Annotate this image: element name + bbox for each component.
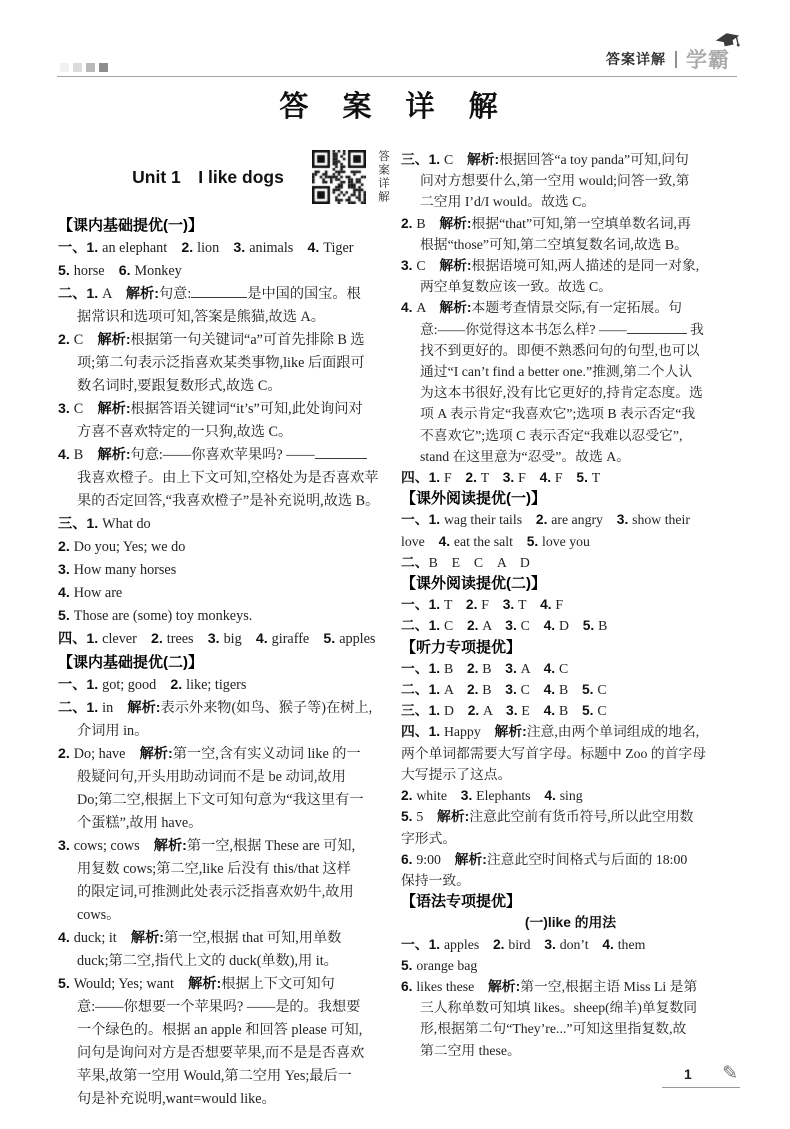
text-segment: 9:00 — [416, 852, 454, 867]
text-segment: 3. — [233, 240, 249, 256]
text-segment: 大写提示了这点。 — [401, 767, 511, 782]
answer-line: 个蛋糕”,故用 have。 — [58, 812, 394, 835]
text-segment: giraffe — [272, 631, 324, 647]
text-segment: 解析: — [131, 930, 164, 946]
answer-line: 两空单复数应该一致。故选 C。 — [401, 276, 740, 297]
text-segment: 第一空,含有实义动词 like 的一 — [173, 746, 361, 762]
section-header: 【课外阅读提优(一)】 — [401, 488, 740, 509]
text-segment: 5. — [401, 809, 416, 824]
text-segment: 解析: — [488, 979, 520, 994]
text-segment: F — [555, 470, 576, 485]
text-segment: 1. — [429, 618, 444, 633]
text-segment: C — [559, 661, 568, 676]
answer-line: 一、1. T 2. F 3. T 4. F — [401, 594, 740, 615]
text-segment: 一、 — [401, 661, 429, 676]
text-segment: 三、 — [401, 703, 429, 718]
answer-line: 3. C 解析:根据语境可知,两人描述的是同一对象, — [401, 255, 740, 276]
text-segment: trees — [167, 631, 208, 647]
page-number: 1 — [684, 1066, 692, 1082]
text-segment: 3. — [58, 401, 74, 417]
text-segment: T — [444, 597, 466, 612]
answer-line: 第二空用 these。 — [401, 1040, 740, 1061]
text-segment: 第二空用 these。 — [420, 1043, 521, 1058]
answer-line: 两个单词都需要大写首字母。标题中 Zoo 的首字母 — [401, 743, 740, 764]
text-segment: 一、 — [401, 937, 429, 952]
answer-line: 意:——你想要一个苹果吗? ——是的。我想要 — [58, 996, 394, 1019]
answer-line: love 4. eat the salt 5. love you — [401, 531, 740, 552]
text-segment: 4. — [401, 300, 416, 315]
density-square — [99, 63, 108, 72]
text-segment: 5. — [58, 608, 74, 624]
text-segment: 字形式。 — [401, 831, 456, 846]
text-segment: apples — [339, 631, 375, 647]
text-segment: C — [597, 682, 606, 697]
density-square — [60, 63, 69, 72]
qr-caption: 答案详解 — [371, 150, 394, 204]
text-segment: 【课内基础提优(一)】 — [58, 217, 203, 234]
text-segment: clever — [102, 631, 151, 647]
text-segment: 5 — [416, 809, 437, 824]
answer-line: 5. 5 解析:注意此空前有货币符号,所以此空用数 — [401, 806, 740, 827]
density-square — [73, 63, 82, 72]
text-segment: them — [618, 937, 646, 952]
text-segment: 两空单复数应该一致。故选 C。 — [420, 279, 612, 294]
text-segment: 一、 — [58, 240, 86, 256]
section-header: 【听力专项提优】 — [401, 637, 740, 658]
text-segment: 三人称单数可知填 likes。sheep(绵羊)单复数同 — [420, 1000, 697, 1015]
text-segment: 根据回答“a toy panda”可知,问句 — [499, 152, 689, 167]
answer-line: 不喜欢它”;选项 C 表示否定“我难以忍受它”, — [401, 425, 740, 446]
text-segment: 4. — [544, 682, 559, 697]
text-segment: 3. — [544, 937, 559, 952]
text-segment: 2. — [465, 470, 480, 485]
text-segment: 4. — [58, 447, 74, 463]
text-segment: 2. — [536, 512, 551, 527]
text-segment: 4. — [439, 534, 454, 549]
text-segment: 1. — [429, 703, 444, 718]
text-segment: How are — [74, 585, 122, 601]
text-segment: 3. — [505, 618, 520, 633]
answer-line: 四、1. Happy 解析:注意,由两个单词组成的地名, — [401, 721, 740, 742]
text-segment: cows; cows — [74, 838, 154, 854]
text-segment: 为这本书很好,没有比它更好的,持肯定态度。选 — [420, 385, 703, 400]
text-segment: 2. — [467, 682, 482, 697]
text-segment: 用复数 cows;第二空,like 后没有 this/that 这样 — [77, 861, 351, 877]
text-segment: big — [224, 631, 256, 647]
text-segment: 注意,由两个单词组成的地名, — [527, 724, 699, 739]
text-segment: 句意:——你喜欢苹果吗? —— — [131, 447, 315, 463]
answer-line: 3. C 解析:根据答语关键词“it’s”可知,此处询问对 — [58, 398, 394, 421]
answer-line: (一)like 的用法 — [401, 912, 740, 933]
text-segment: B — [598, 618, 607, 633]
text-segment: 根据第一句关键词“a”可首先排除 B 选 — [131, 332, 365, 348]
text-segment: Elephants — [476, 788, 544, 803]
answer-line: 一、1. B 2. B 3. A 4. C — [401, 658, 740, 679]
text-segment: 二、 — [58, 286, 86, 302]
text-segment: 一、 — [401, 597, 429, 612]
text-segment: 解析: — [439, 300, 471, 315]
answer-line: 二、1. A 2. B 3. C 4. B 5. C — [401, 679, 740, 700]
text-segment: 2. — [181, 240, 197, 256]
answer-line: 6. 9:00 解析:注意此空时间格式与后面的 18:00 — [401, 849, 740, 870]
answer-line: 果的否定回答,“我喜欢橙子”是补充说明,故选 B。 — [58, 490, 394, 513]
text-segment: C — [74, 401, 98, 417]
page-header-right: 答案详解 学霸 — [606, 44, 740, 74]
answer-line: 2. white 3. Elephants 4. sing — [401, 785, 740, 806]
section-header: 【课内基础提优(一)】 — [58, 214, 394, 237]
answer-line: 据常识和选项可知,答案是熊猫,故选 A。 — [58, 306, 394, 329]
answer-line: 的限定词,可推测此处表示泛指喜欢奶牛,故用 — [58, 881, 394, 904]
text-segment: B — [74, 447, 98, 463]
text-segment: 第一空,根据 that 可知,用单数 — [164, 930, 341, 946]
text-segment: 2. — [401, 216, 416, 231]
answer-line: 一、1. got; good 2. like; tigers — [58, 674, 394, 697]
text-segment: A — [102, 286, 126, 302]
text-segment: duck;第二空,指代上文的 duck(单数),用 it。 — [77, 953, 338, 969]
text-segment: 1. — [429, 152, 444, 167]
answer-line: 形,根据第二句“They’re...”可知这里指复数,故 — [401, 1018, 740, 1039]
text-segment: Tiger — [323, 240, 353, 256]
answer-line: Do;第二空,根据上下文可知句意为“我这里有一 — [58, 789, 394, 812]
text-segment: Those are (some) toy monkeys. — [74, 608, 252, 624]
text-segment: How many horses — [74, 562, 176, 578]
brand-logo: 学霸 — [686, 44, 740, 74]
answer-line: 保持一致。 — [401, 870, 740, 891]
text-segment: likes these — [416, 979, 488, 994]
blank-underline — [191, 284, 247, 298]
text-segment: T — [481, 470, 503, 485]
unit-title: Unit 1 I like dogs — [58, 150, 312, 189]
text-segment: D — [559, 618, 583, 633]
text-segment: 三、 — [58, 516, 86, 532]
text-segment: horse — [74, 263, 119, 279]
text-segment: 5. — [582, 682, 597, 697]
header-doc-label: 答案详解 — [606, 49, 666, 69]
text-segment: don’t — [560, 937, 603, 952]
pencil-icon: ✎ — [722, 1062, 738, 1085]
text-segment: C — [521, 682, 544, 697]
answer-line: 数名词时,要跟复数形式,故选 C。 — [58, 375, 394, 398]
text-segment: A — [482, 618, 505, 633]
text-segment: B — [559, 703, 582, 718]
answer-line: 三、1. What do — [58, 513, 394, 536]
text-segment: 4. — [602, 937, 617, 952]
text-segment: 解析: — [188, 976, 221, 992]
text-segment: 1. — [86, 631, 102, 647]
qr-code-icon — [312, 150, 366, 204]
text-segment: 3. — [503, 597, 518, 612]
text-segment: 1. — [429, 661, 444, 676]
text-segment: 解析: — [495, 724, 527, 739]
text-segment: 5. — [576, 470, 591, 485]
text-segment: 5. — [527, 534, 542, 549]
text-segment: 2. — [170, 677, 186, 693]
text-segment: 二、 — [401, 555, 429, 570]
text-segment: 1. — [86, 677, 102, 693]
text-segment: like; tigers — [186, 677, 246, 693]
text-segment: 5. — [582, 703, 597, 718]
answer-line: 方喜不喜欢特定的一只狗,故选 C。 — [58, 421, 394, 444]
text-segment: D — [444, 703, 468, 718]
text-segment: bird — [508, 937, 544, 952]
answer-line: 6. likes these 解析:第一空,根据主语 Miss Li 是第 — [401, 976, 740, 997]
answer-line: 介词用 in。 — [58, 720, 394, 743]
text-segment: 两个单词都需要大写首字母。标题中 Zoo 的首字母 — [401, 746, 706, 761]
answer-line: 4. A 解析:本题考查情景交际,有一定拓展。句 — [401, 297, 740, 318]
text-segment: 3. — [58, 562, 74, 578]
answer-line: 意:——你觉得这本书怎么样? —— 我 — [401, 319, 740, 340]
answer-line: 项;第二句表示泛指喜欢某类事物,like 后面跟可 — [58, 352, 394, 375]
text-segment: 句是补充说明,want=would like。 — [77, 1091, 276, 1107]
answer-line: 3. cows; cows 解析:第一空,根据 These are 可知, — [58, 835, 394, 858]
text-segment: F — [555, 597, 563, 612]
text-segment: A — [483, 703, 506, 718]
text-segment: white — [416, 788, 460, 803]
text-segment: 6. — [119, 263, 135, 279]
section-header: 【课外阅读提优(二)】 — [401, 573, 740, 594]
text-segment: A — [444, 682, 467, 697]
text-segment: 2. — [467, 661, 482, 676]
text-segment: 根据语境可知,两人描述的是同一对象, — [472, 258, 700, 273]
graduation-cap-icon — [714, 31, 744, 60]
text-segment: 数名词时,要跟复数形式,故选 C。 — [77, 378, 282, 394]
text-segment: C — [444, 152, 467, 167]
text-segment: 解析: — [97, 447, 130, 463]
text-segment: 解析: — [439, 216, 471, 231]
page-footer: 1 ✎ — [662, 1063, 740, 1088]
text-segment: 形,根据第二句“They’re...”可知这里指复数,故 — [420, 1021, 686, 1036]
text-segment: 2. — [401, 788, 416, 803]
section-header: 【课内基础提优(二)】 — [58, 651, 394, 674]
answer-line: duck;第二空,指代上文的 duck(单数),用 it。 — [58, 950, 394, 973]
text-segment: 3. — [505, 661, 520, 676]
text-segment: 1. — [429, 682, 444, 697]
answer-book-page: 答案详解 学霸 答 案 详 解 Unit 1 I like dogs 答案详解 … — [0, 0, 790, 1129]
answer-line: 5. horse 6. Monkey — [58, 260, 394, 283]
text-segment: 是中国的国宝。根 — [247, 286, 361, 302]
text-segment: 注意此空前有货币符号,所以此空用数 — [469, 809, 693, 824]
text-segment: 4. — [308, 240, 324, 256]
text-segment: 3. — [506, 703, 521, 718]
text-segment: T — [592, 470, 600, 485]
text-segment: 不喜欢它”;选项 C 表示否定“我难以忍受它”, — [420, 428, 683, 443]
text-segment: 个蛋糕”,故用 have。 — [77, 815, 202, 831]
text-segment: F — [444, 470, 465, 485]
text-segment: 解析: — [439, 258, 471, 273]
answer-line: 用复数 cows;第二空,like 后没有 this/that 这样 — [58, 858, 394, 881]
text-segment: Monkey — [134, 263, 181, 279]
text-segment: B — [444, 661, 467, 676]
text-segment: 3. — [208, 631, 224, 647]
answer-line: stand 在这里意为“忍受”。故选 A。 — [401, 446, 740, 467]
text-segment: 项 A 表示肯定“我喜欢它”;选项 B 表示否定“我 — [420, 406, 695, 421]
text-segment: 2. — [151, 631, 167, 647]
text-segment: 6. — [401, 979, 416, 994]
text-segment: 注意此空时间格式与后面的 18:00 — [487, 852, 687, 867]
text-segment: 2. — [466, 597, 481, 612]
text-segment: 2. — [58, 539, 74, 555]
text-segment: 3. — [503, 470, 518, 485]
text-segment: 【课外阅读提优(二)】 — [401, 575, 546, 592]
answer-line: 问句是询问对方是否想要苹果,而不是是否喜欢 — [58, 1042, 394, 1065]
text-segment: 4. — [540, 597, 555, 612]
answer-line: 根据“those”可知,第二空填复数名词,故选 B。 — [401, 234, 740, 255]
text-segment: 通过“I can’t find a better one.”推测,第二个人认 — [420, 364, 692, 379]
text-segment: 意:——你觉得这本书怎么样? —— — [420, 322, 627, 337]
answer-line: 句是补充说明,want=would like。 — [58, 1088, 394, 1111]
answer-line: 一、1. apples 2. bird 3. don’t 4. them — [401, 934, 740, 955]
text-segment: C — [521, 618, 544, 633]
answer-line: 5. Would; Yes; want 解析:根据上下文可知句 — [58, 973, 394, 996]
text-segment: 1. — [86, 516, 102, 532]
text-segment: 1. — [429, 597, 444, 612]
text-segment: 意:——你想要一个苹果吗? ——是的。我想要 — [77, 999, 360, 1015]
text-segment: 4. — [544, 703, 559, 718]
text-segment: 5. — [401, 958, 416, 973]
answer-line: 三人称单数可知填 likes。sheep(绵羊)单复数同 — [401, 997, 740, 1018]
text-segment: 4. — [540, 470, 555, 485]
text-segment: 找不到更好的。即便不熟悉问句的句型,也可以 — [420, 343, 699, 358]
text-segment: 三、 — [401, 152, 429, 167]
answer-line: 3. How many horses — [58, 559, 394, 582]
section-header: 【语法专项提优】 — [401, 891, 740, 912]
text-segment: A — [416, 300, 439, 315]
text-segment: 四、 — [401, 470, 429, 485]
text-segment: 句意: — [159, 286, 191, 302]
text-segment: 2. — [468, 703, 483, 718]
text-segment: 的限定词,可推测此处表示泛指喜欢奶牛,故用 — [77, 884, 354, 900]
answer-line: 4. B 解析:句意:——你喜欢苹果吗? —— — [58, 444, 394, 467]
text-segment: 问句是询问对方是否想要苹果,而不是是否喜欢 — [77, 1045, 364, 1061]
text-segment: wag their tails — [444, 512, 536, 527]
text-segment: 解析: — [97, 332, 130, 348]
text-segment: 6. — [401, 852, 416, 867]
page-title: 答 案 详 解 — [0, 84, 790, 125]
text-segment: 保持一致。 — [401, 873, 470, 888]
text-segment: 【课内基础提优(二)】 — [58, 654, 203, 671]
text-segment: 我喜欢橙子。由上下文可知,空格处为是否喜欢苹 — [77, 470, 379, 486]
text-segment: 4. — [256, 631, 272, 647]
text-segment: 一个绿色的。根据 an apple 和回答 please 可知, — [77, 1022, 362, 1038]
text-segment: 问对方想要什么,第一空用 would;问答一致,第 — [420, 173, 689, 188]
answer-line: 2. C 解析:根据第一句关键词“a”可首先排除 B 选 — [58, 329, 394, 352]
qr-group: 答案详解 — [312, 150, 394, 204]
text-segment: apples — [444, 937, 493, 952]
text-segment: (一)like 的用法 — [525, 915, 616, 930]
text-segment: love — [401, 534, 439, 549]
text-segment: 4. — [544, 618, 559, 633]
answer-line: 苹果,故第一空用 Would,第二空用 Yes;最后一 — [58, 1065, 394, 1088]
text-segment: animals — [249, 240, 307, 256]
answer-line: 通过“I can’t find a better one.”推测,第二个人认 — [401, 361, 740, 382]
text-segment: C — [444, 618, 467, 633]
text-segment: C — [416, 258, 439, 273]
text-segment: 一、 — [58, 677, 86, 693]
text-segment: got; good — [102, 677, 170, 693]
text-segment: love you — [542, 534, 590, 549]
text-segment: F — [518, 470, 539, 485]
text-segment: 2. — [467, 618, 482, 633]
unit-header: Unit 1 I like dogs 答案详解 — [58, 150, 394, 208]
answer-line: 三、1. C 解析:根据回答“a toy panda”可知,问句 — [401, 149, 740, 170]
answer-line: 5. orange bag — [401, 955, 740, 976]
answer-line: 字形式。 — [401, 828, 740, 849]
text-segment: 第一空,根据 These are 可知, — [187, 838, 355, 854]
answers-column-right: 三、1. C 解析:根据回答“a toy panda”可知,问句问对方想要什么,… — [401, 149, 740, 1061]
answer-line: 二、B E C A D — [401, 552, 740, 573]
answer-line: 4. duck; it 解析:第一空,根据 that 可知,用单数 — [58, 927, 394, 950]
text-segment: lion — [197, 240, 233, 256]
text-segment: 解析: — [467, 152, 499, 167]
answer-line: 二空用 I’d/I would。故选 C。 — [401, 191, 740, 212]
text-segment: sing — [560, 788, 583, 803]
text-segment: 根据上下文可知句 — [221, 976, 335, 992]
text-segment: What do — [102, 516, 150, 532]
answer-line: 二、1. C 2. A 3. C 4. D 5. B — [401, 615, 740, 636]
text-segment: 【语法专项提优】 — [401, 893, 521, 910]
text-segment: 苹果,故第一空用 Would,第二空用 Yes;最后一 — [77, 1068, 352, 1084]
text-segment: 解析: — [437, 809, 469, 824]
text-segment: cows。 — [77, 907, 120, 923]
text-segment: in — [102, 700, 127, 716]
text-segment: are angry — [551, 512, 617, 527]
answer-line: 项 A 表示肯定“我喜欢它”;选项 B 表示否定“我 — [401, 403, 740, 424]
answer-line: 为这本书很好,没有比它更好的,持肯定态度。选 — [401, 382, 740, 403]
answer-line: 5. Those are (some) toy monkeys. — [58, 605, 394, 628]
answer-line: 2. B 解析:根据“that”可知,第一空填单数名词,再 — [401, 213, 740, 234]
text-segment: 5. — [58, 976, 74, 992]
text-segment: 果的否定回答,“我喜欢橙子”是补充说明,故选 B。 — [77, 493, 379, 509]
answer-line: 般疑问句,开头用助动词而不是 be 动词,故用 — [58, 766, 394, 789]
text-segment: B E C A D — [429, 555, 530, 570]
answer-line: 找不到更好的。即便不熟悉问句的句型,也可以 — [401, 340, 740, 361]
text-segment: 根据答语关键词“it’s”可知,此处询问对 — [131, 401, 363, 417]
text-segment: 5. — [583, 618, 598, 633]
text-segment: 1. — [429, 937, 444, 952]
text-segment: 1. — [86, 700, 102, 716]
blank-underline — [627, 320, 687, 334]
answers-column-left: Unit 1 I like dogs 答案详解 【课内基础提优(一)】一、1. … — [58, 150, 394, 1111]
text-segment: 介词用 in。 — [77, 723, 148, 739]
text-segment: 3. — [58, 838, 74, 854]
text-segment: 解析: — [455, 852, 487, 867]
text-segment: 解析: — [97, 401, 130, 417]
text-segment: 根据“that”可知,第一空填单数名词,再 — [472, 216, 691, 231]
text-segment: 1. — [86, 286, 102, 302]
text-segment: 3. — [401, 258, 416, 273]
answer-line: cows。 — [58, 904, 394, 927]
text-segment: eat the salt — [454, 534, 527, 549]
text-segment: 解析: — [126, 286, 159, 302]
answer-line: 大写提示了这点。 — [401, 764, 740, 785]
text-segment: 1. — [86, 240, 102, 256]
answer-line: 一个绿色的。根据 an apple 和回答 please 可知, — [58, 1019, 394, 1042]
text-segment: Would; Yes; want — [74, 976, 188, 992]
text-segment: F — [481, 597, 502, 612]
text-segment: 一、 — [401, 512, 429, 527]
text-segment: 【听力专项提优】 — [401, 639, 521, 656]
text-segment: 四、 — [401, 724, 429, 739]
text-segment: 【课外阅读提优(一)】 — [401, 490, 546, 507]
text-segment: 四、 — [58, 631, 86, 647]
text-segment: 2. — [58, 746, 74, 762]
answer-line: 2. Do; have 解析:第一空,含有实义动词 like 的一 — [58, 743, 394, 766]
answer-line: 我喜欢橙子。由上下文可知,空格处为是否喜欢苹 — [58, 467, 394, 490]
text-segment: 5. — [323, 631, 339, 647]
text-segment: 3. — [505, 682, 520, 697]
text-segment: Do;第二空,根据上下文可知句意为“我这里有一 — [77, 792, 364, 808]
answer-line: 二、1. in 解析:表示外来物(如鸟、猴子等)在树上, — [58, 697, 394, 720]
